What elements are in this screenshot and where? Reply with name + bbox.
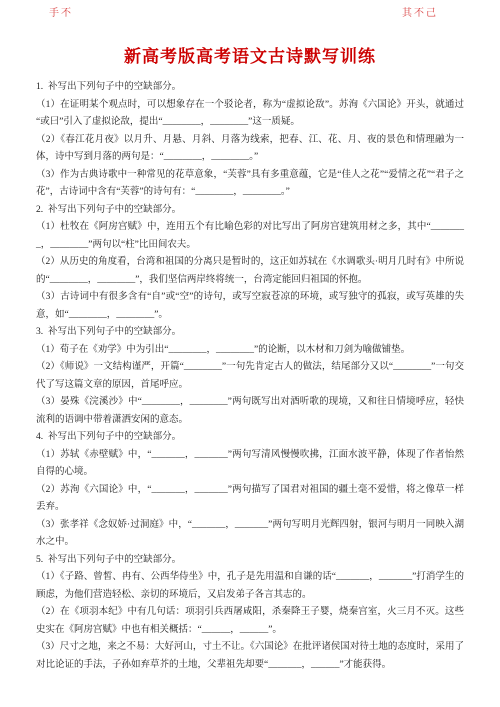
worksheet-page: 手不 其不己 新高考版高考语文古诗默写训练 1.补写出下列句子中的空缺部分。 （…: [0, 0, 500, 707]
question-1-item-3: （3）作为古典诗歌中一种常见的花草意象，“芙蓉”具有多重意蕴，它是“佳人之花”“…: [36, 167, 464, 202]
question-5-number: 5.: [36, 555, 43, 565]
question-3-item-3: （3）晏殊《浣溪沙》中“________，________”两句既写出对酒听歌的…: [36, 394, 464, 429]
question-2-item-3: （3）古诗词中有很多含有“自”或“空”的诗句，或写空寂苍凉的环境，或写独守的孤寂…: [36, 289, 464, 324]
question-3-item-2: （2）《师说》一文结构谨严，开篇“________”一句先肯定古人的做法，结尾部…: [36, 359, 464, 394]
question-2-item-1: （1）杜牧在《阿房宫赋》中，连用五个有比喻色彩的对比写出了阿房宫建筑用材之多，其…: [36, 219, 464, 254]
top-left-red-annotation: 手不: [49, 4, 73, 19]
question-5-stem: 5.补写出下列句子中的空缺部分。: [36, 552, 464, 570]
question-2-number: 2.: [36, 205, 43, 215]
question-4-stem: 4.补写出下列句子中的空缺部分。: [36, 429, 464, 447]
questions-list: 1.补写出下列句子中的空缺部分。 （1）在证明某个观点时，可以想象存在一个驳论者…: [0, 67, 500, 674]
question-3-number: 3.: [36, 327, 43, 337]
question-5-item-3: （3）尺寸之地，来之不易：大好河山，寸土不让。《六国论》在批评诸侯国对待土地的态…: [36, 639, 464, 674]
question-1-number: 1.: [36, 82, 43, 92]
question-4-stem-text: 补写出下列句子中的空缺部分。: [48, 432, 181, 442]
question-4-item-2: （2）苏洵《六国论》中，“_______，_______”两句描写了国君对祖国的…: [36, 482, 464, 517]
question-1-stem-text: 补写出下列句子中的空缺部分。: [48, 82, 181, 92]
question-5-stem-text: 补写出下列句子中的空缺部分。: [48, 555, 181, 565]
question-3-stem: 3.补写出下列句子中的空缺部分。: [36, 324, 464, 342]
question-2-item-2: （2）从历史的角度看，台湾和祖国的分离只是暂时的，这正如苏轼在《水调歌头·明月几…: [36, 254, 464, 289]
question-2-stem: 2.补写出下列句子中的空缺部分。: [36, 202, 464, 220]
top-right-red-annotation: 其不己: [402, 4, 438, 19]
question-5-item-1: （1）《子路、曾皙、冉有、公西华侍坐》中，孔子是先用温和自谦的话“_______…: [36, 569, 464, 604]
question-5-item-2: （2）在《项羽本纪》中有几句话：项羽引兵西屠咸阳，杀秦降王子婴，烧秦宫室，火三月…: [36, 604, 464, 639]
question-3-item-1: （1）荀子在《劝学》中为引出“________，________”的论断，以木材…: [36, 342, 464, 360]
question-1-stem: 1.补写出下列句子中的空缺部分。: [36, 79, 464, 97]
question-4-number: 4.: [36, 432, 43, 442]
question-1-item-2: （2）《春江花月夜》以月升、月悬、月斜、月落为线索，把春、江、花、月、夜的景色和…: [36, 132, 464, 167]
question-4-item-3: （3）张孝祥《念奴娇·过洞庭》中，“_______，_______”两句写明月光…: [36, 517, 464, 552]
question-3-stem-text: 补写出下列句子中的空缺部分。: [48, 327, 181, 337]
question-2-stem-text: 补写出下列句子中的空缺部分。: [48, 205, 181, 215]
question-1-item-1: （1）在证明某个观点时，可以想象存在一个驳论者，称为“虚拟论敌”。苏洵《六国论》…: [36, 97, 464, 132]
question-4-item-1: （1）苏轼《赤壁赋》中，“_______，_______”两句写清风慢慢吹拂，江…: [36, 447, 464, 482]
